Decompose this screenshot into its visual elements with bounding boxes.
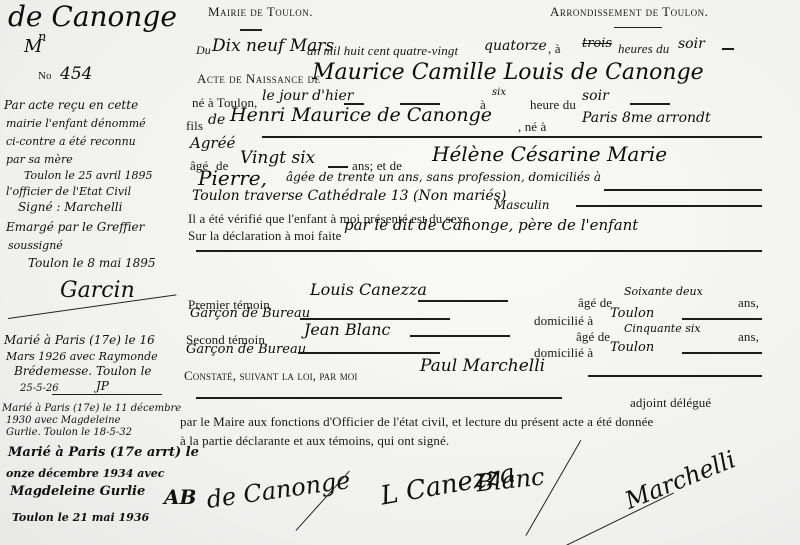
- header-arrondissement: Arrondissement de Toulon.: [550, 4, 708, 20]
- marriage-1-initials: JP: [96, 379, 109, 394]
- witness-1-name: Louis Canezza: [310, 280, 427, 299]
- father-name: Henri Maurice de Canonge: [230, 104, 492, 126]
- record-number-label: No: [38, 70, 52, 82]
- child-name: Maurice Camille Louis de Canonge: [312, 60, 704, 85]
- greffier-signature: Garcin: [60, 278, 135, 303]
- header-rule-left: [240, 29, 262, 31]
- record-number: 454: [60, 64, 92, 84]
- initials-bottom: AB: [164, 490, 196, 505]
- header-rule-right: [614, 27, 662, 28]
- officer-name: Paul Marchelli: [420, 356, 545, 376]
- header-mairie: Mairie de Toulon.: [208, 4, 313, 20]
- father-birthplace: Paris 8me arrondt: [582, 110, 711, 126]
- signature-witness-2: Blanc: [475, 462, 546, 497]
- birth-record-page: de Canonge Mairie de Toulon. Arrondissem…: [0, 0, 800, 545]
- father-profession: Agréé: [190, 134, 235, 152]
- signature-officer: Marchelli: [621, 445, 739, 515]
- address: Toulon traverse Cathédrale 13 (Non marié…: [192, 188, 506, 204]
- margin-title-name: de Canonge: [8, 0, 177, 33]
- mother-name: Hélène Césarine Marie: [432, 142, 667, 166]
- witness-2-name: Jean Blanc: [304, 320, 391, 339]
- margin-mention-sup: n: [38, 30, 46, 45]
